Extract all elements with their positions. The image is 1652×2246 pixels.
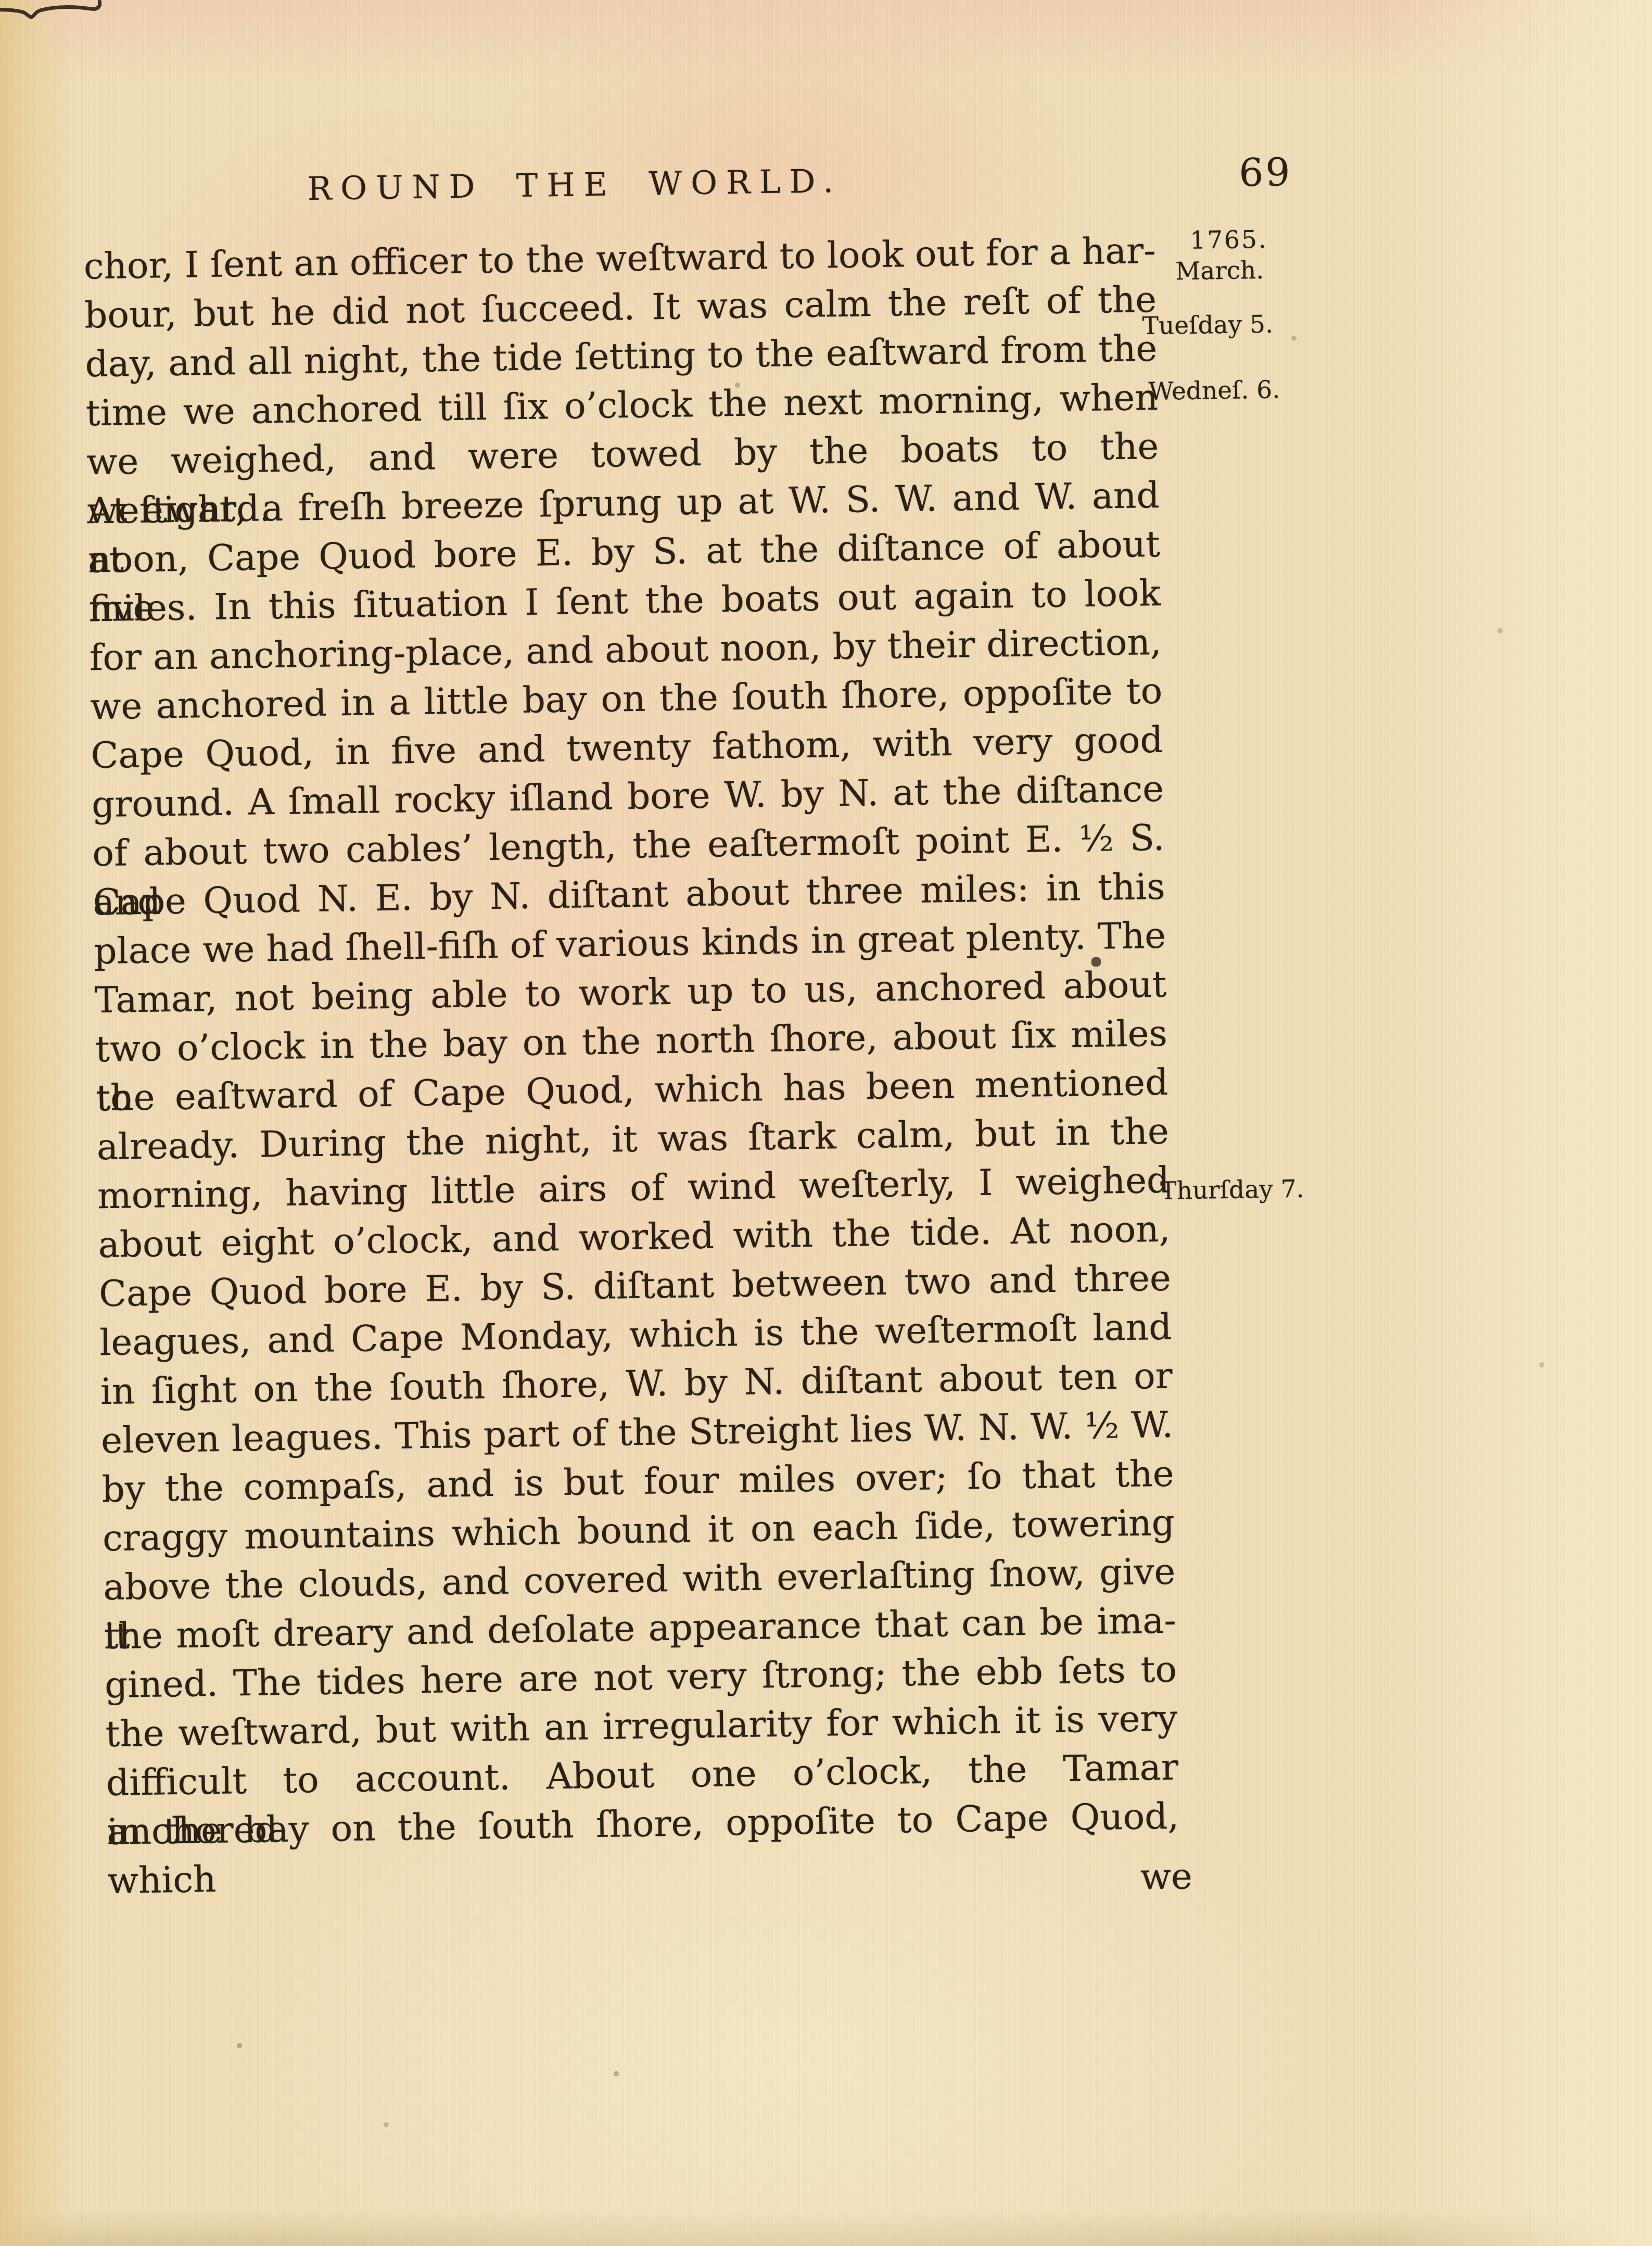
date-brace-icon [0, 0, 104, 24]
page-number: 69 [1239, 150, 1292, 196]
body-text: chor, I ſent an officer to the weſtward … [83, 226, 1179, 1857]
catchword: we [1140, 1856, 1192, 1898]
margin-note-date: Thurſday 7. [1160, 1175, 1304, 1206]
book-page-scan: { "header": { "title": "ROUND THE WORLD.… [0, 0, 1652, 2246]
margin-note-month: March. [1175, 256, 1264, 286]
margin-note-date: Tueſday 5. [1142, 310, 1273, 341]
margin-note-year: 1765. [1190, 225, 1268, 255]
printed-page-content: ROUND THE WORLD. 69 1765. March. Tueſday… [0, 0, 1652, 2246]
running-header: ROUND THE WORLD. [307, 161, 880, 208]
margin-note-date: Wedneſ. 6. [1148, 375, 1280, 406]
